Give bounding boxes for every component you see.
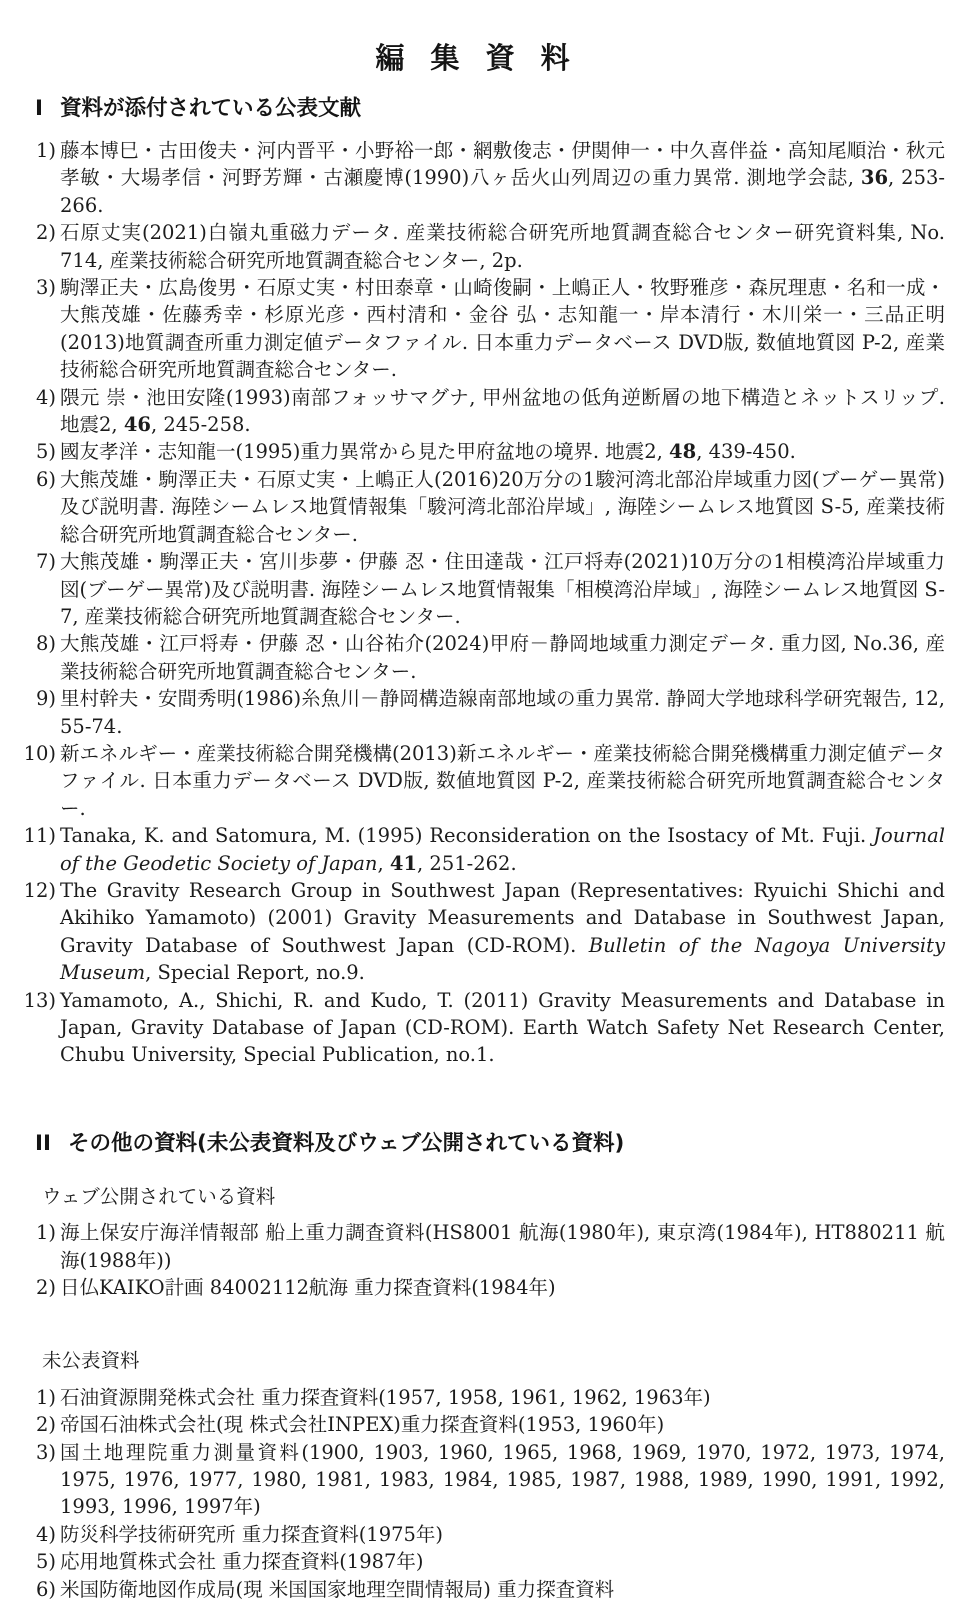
reference-item: 2)帝国石油株式会社(現 株式会社INPEX)重力探査資料(1953, 1960… — [8, 1411, 945, 1438]
reference-segment: , 251-262. — [417, 852, 517, 875]
reference-segment: 帝国石油株式会社(現 株式会社INPEX)重力探査資料(1953, 1960年) — [60, 1413, 664, 1436]
section-numeral: II — [35, 1129, 51, 1159]
reference-item: 1)石油資源開発株式会社 重力探査資料(1957, 1958, 1961, 19… — [8, 1384, 945, 1411]
reference-item: 12)The Gravity Research Group in Southwe… — [8, 877, 945, 987]
reference-segment: 石原丈実(2021)白嶺丸重磁力データ. 産業技術総合研究所地質調査総合センター… — [60, 221, 945, 271]
reference-item: 4)隈元 崇・池田安隆(1993)南部フォッサマグナ, 甲州盆地の低角逆断層の地… — [8, 384, 945, 439]
reference-number: 6) — [8, 466, 60, 493]
reference-segment: 海上保安庁海洋情報部 船上重力調査資料(HS8001 航海(1980年), 東京… — [60, 1221, 945, 1271]
reference-text: 隈元 崇・池田安隆(1993)南部フォッサマグナ, 甲州盆地の低角逆断層の地下構… — [60, 384, 945, 439]
subsection-web-published: ウェブ公開されている資料 1)海上保安庁海洋情報部 船上重力調査資料(HS800… — [8, 1183, 945, 1302]
page-title: 編 集 資 料 — [8, 38, 945, 78]
reference-text: 国土地理院重力測量資料(1900, 1903, 1960, 1965, 1968… — [60, 1439, 945, 1521]
reference-segment: , 439-450. — [696, 440, 796, 463]
reference-segment: , 245-258. — [151, 413, 251, 436]
reference-text: 駒澤正夫・広島俊男・石原丈実・村田泰章・山崎俊嗣・上嶋正人・牧野雅彦・森尻理恵・… — [60, 274, 945, 384]
reference-item: 2)石原丈実(2021)白嶺丸重磁力データ. 産業技術総合研究所地質調査総合セン… — [8, 219, 945, 274]
reference-number: 2) — [8, 219, 60, 246]
reference-segment: 大熊茂雄・駒澤正夫・宮川歩夢・伊藤 忍・住田達哉・江戸将寿(2021)10万分の… — [60, 550, 945, 628]
section-heading-text: 資料が添付されている公表文献 — [60, 94, 945, 124]
section-other-materials: II その他の資料(未公表資料及びウェブ公開されている資料) ウェブ公開されてい… — [8, 1129, 945, 1603]
reference-segment: , — [377, 852, 389, 875]
subsection-title: ウェブ公開されている資料 — [42, 1183, 945, 1210]
reference-segment: 日仏KAIKO計画 84002112航海 重力探査資料(1984年) — [60, 1276, 556, 1299]
reference-item: 3)駒澤正夫・広島俊男・石原丈実・村田泰章・山崎俊嗣・上嶋正人・牧野雅彦・森尻理… — [8, 274, 945, 384]
reference-number: 9) — [8, 685, 60, 712]
reference-number: 1) — [8, 1384, 60, 1411]
reference-text: 日仏KAIKO計画 84002112航海 重力探査資料(1984年) — [60, 1274, 945, 1301]
document-page: 編 集 資 料 I 資料が添付されている公表文献 1)藤本博巳・古田俊夫・河内晋… — [0, 0, 976, 1623]
reference-item: 6)米国防衛地図作成局(現 米国国家地理空間情報局) 重力探査資料 — [8, 1576, 945, 1603]
reference-number: 4) — [8, 1521, 60, 1548]
reference-text: 石原丈実(2021)白嶺丸重磁力データ. 産業技術総合研究所地質調査総合センター… — [60, 219, 945, 274]
published-reference-list: 1)藤本博巳・古田俊夫・河内晋平・小野裕一郎・網敷俊志・伊関伸一・中久喜伴益・高… — [8, 137, 945, 1069]
section-heading-text: その他の資料(未公表資料及びウェブ公開されている資料) — [68, 1129, 945, 1159]
reference-segment: 国土地理院重力測量資料(1900, 1903, 1960, 1965, 1968… — [60, 1441, 945, 1519]
reference-text: 國友孝洋・志知龍一(1995)重力異常から見た甲府盆地の境界. 地震2, 48,… — [60, 438, 945, 465]
reference-segment: Tanaka, K. and Satomura, M. (1995) Recon… — [60, 824, 873, 847]
reference-segment: 國友孝洋・志知龍一(1995)重力異常から見た甲府盆地の境界. 地震2, — [60, 440, 669, 463]
reference-segment: 48 — [669, 440, 696, 463]
reference-item: 3)国土地理院重力測量資料(1900, 1903, 1960, 1965, 19… — [8, 1439, 945, 1521]
reference-segment: 応用地質株式会社 重力探査資料(1987年) — [60, 1550, 424, 1573]
reference-item: 5)応用地質株式会社 重力探査資料(1987年) — [8, 1548, 945, 1575]
reference-item: 6)大熊茂雄・駒澤正夫・石原丈実・上嶋正人(2016)20万分の1駿河湾北部沿岸… — [8, 466, 945, 548]
reference-text: 新エネルギー・産業技術総合開発機構(2013)新エネルギー・産業技術総合開発機構… — [60, 740, 945, 822]
reference-number: 3) — [8, 274, 60, 301]
reference-number: 3) — [8, 1439, 60, 1466]
section-numeral: I — [35, 94, 43, 124]
web-material-list: 1)海上保安庁海洋情報部 船上重力調査資料(HS8001 航海(1980年), … — [8, 1219, 945, 1301]
reference-text: 帝国石油株式会社(現 株式会社INPEX)重力探査資料(1953, 1960年) — [60, 1411, 945, 1438]
reference-text: 防災科学技術研究所 重力探査資料(1975年) — [60, 1521, 945, 1548]
reference-item: 7)大熊茂雄・駒澤正夫・宮川歩夢・伊藤 忍・住田達哉・江戸将寿(2021)10万… — [8, 548, 945, 630]
reference-text: 米国防衛地図作成局(現 米国国家地理空間情報局) 重力探査資料 — [60, 1576, 945, 1603]
reference-number: 1) — [8, 1219, 60, 1246]
reference-item: 9)里村幹夫・安間秀明(1986)糸魚川－静岡構造線南部地域の重力異常. 静岡大… — [8, 685, 945, 740]
reference-segment: 防災科学技術研究所 重力探査資料(1975年) — [60, 1523, 443, 1546]
reference-number: 1) — [8, 137, 60, 164]
section-other-heading: II その他の資料(未公表資料及びウェブ公開されている資料) — [35, 1129, 945, 1159]
unpublished-material-list: 1)石油資源開発株式会社 重力探査資料(1957, 1958, 1961, 19… — [8, 1384, 945, 1603]
reference-segment: 36 — [861, 166, 888, 189]
reference-segment: 大熊茂雄・江戸将寿・伊藤 忍・山谷祐介(2024)甲府－静岡地域重力測定データ.… — [60, 632, 945, 682]
reference-number: 8) — [8, 630, 60, 657]
reference-text: 藤本博巳・古田俊夫・河内晋平・小野裕一郎・網敷俊志・伊関伸一・中久喜伴益・高知尾… — [60, 137, 945, 219]
reference-text: 石油資源開発株式会社 重力探査資料(1957, 1958, 1961, 1962… — [60, 1384, 945, 1411]
reference-number: 10) — [8, 740, 60, 767]
reference-segment: 藤本博巳・古田俊夫・河内晋平・小野裕一郎・網敷俊志・伊関伸一・中久喜伴益・高知尾… — [60, 139, 945, 189]
reference-text: 大熊茂雄・江戸将寿・伊藤 忍・山谷祐介(2024)甲府－静岡地域重力測定データ.… — [60, 630, 945, 685]
reference-text: Yamamoto, A., Shichi, R. and Kudo, T. (2… — [60, 987, 945, 1069]
reference-number: 12) — [8, 877, 60, 904]
reference-segment: 駒澤正夫・広島俊男・石原丈実・村田泰章・山崎俊嗣・上嶋正人・牧野雅彦・森尻理恵・… — [60, 276, 945, 381]
reference-item: 4)防災科学技術研究所 重力探査資料(1975年) — [8, 1521, 945, 1548]
reference-number: 11) — [8, 822, 60, 849]
reference-text: 応用地質株式会社 重力探査資料(1987年) — [60, 1548, 945, 1575]
reference-item: 11)Tanaka, K. and Satomura, M. (1995) Re… — [8, 822, 945, 877]
reference-item: 13)Yamamoto, A., Shichi, R. and Kudo, T.… — [8, 987, 945, 1069]
reference-item: 10)新エネルギー・産業技術総合開発機構(2013)新エネルギー・産業技術総合開… — [8, 740, 945, 822]
reference-segment: 新エネルギー・産業技術総合開発機構(2013)新エネルギー・産業技術総合開発機構… — [60, 742, 945, 820]
reference-segment: , Special Report, no.9. — [145, 961, 365, 984]
reference-number: 13) — [8, 987, 60, 1014]
reference-number: 4) — [8, 384, 60, 411]
reference-text: The Gravity Research Group in Southwest … — [60, 877, 945, 987]
reference-text: 里村幹夫・安間秀明(1986)糸魚川－静岡構造線南部地域の重力異常. 静岡大学地… — [60, 685, 945, 740]
reference-number: 6) — [8, 1576, 60, 1603]
reference-segment: 里村幹夫・安間秀明(1986)糸魚川－静岡構造線南部地域の重力異常. 静岡大学地… — [60, 687, 945, 737]
reference-segment: Yamamoto, A., Shichi, R. and Kudo, T. (2… — [60, 989, 945, 1067]
reference-number: 5) — [8, 438, 60, 465]
section-published-references: I 資料が添付されている公表文献 1)藤本博巳・古田俊夫・河内晋平・小野裕一郎・… — [8, 94, 945, 1069]
reference-text: 大熊茂雄・駒澤正夫・石原丈実・上嶋正人(2016)20万分の1駿河湾北部沿岸域重… — [60, 466, 945, 548]
reference-text: Tanaka, K. and Satomura, M. (1995) Recon… — [60, 822, 945, 877]
reference-item: 1)海上保安庁海洋情報部 船上重力調査資料(HS8001 航海(1980年), … — [8, 1219, 945, 1274]
reference-number: 5) — [8, 1548, 60, 1575]
reference-number: 7) — [8, 548, 60, 575]
reference-segment: 石油資源開発株式会社 重力探査資料(1957, 1958, 1961, 1962… — [60, 1386, 711, 1409]
reference-item: 2)日仏KAIKO計画 84002112航海 重力探査資料(1984年) — [8, 1274, 945, 1301]
reference-text: 大熊茂雄・駒澤正夫・宮川歩夢・伊藤 忍・住田達哉・江戸将寿(2021)10万分の… — [60, 548, 945, 630]
reference-text: 海上保安庁海洋情報部 船上重力調査資料(HS8001 航海(1980年), 東京… — [60, 1219, 945, 1274]
reference-item: 5)國友孝洋・志知龍一(1995)重力異常から見た甲府盆地の境界. 地震2, 4… — [8, 438, 945, 465]
subsection-title: 未公表資料 — [42, 1347, 945, 1374]
reference-number: 2) — [8, 1274, 60, 1301]
subsection-unpublished: 未公表資料 1)石油資源開発株式会社 重力探査資料(1957, 1958, 19… — [8, 1347, 945, 1603]
reference-number: 2) — [8, 1411, 60, 1438]
reference-segment: 米国防衛地図作成局(現 米国国家地理空間情報局) 重力探査資料 — [60, 1578, 614, 1601]
reference-segment: 41 — [390, 852, 417, 875]
reference-segment: 46 — [124, 413, 151, 436]
section-published-heading: I 資料が添付されている公表文献 — [35, 94, 945, 124]
reference-item: 8)大熊茂雄・江戸将寿・伊藤 忍・山谷祐介(2024)甲府－静岡地域重力測定デー… — [8, 630, 945, 685]
reference-segment: 大熊茂雄・駒澤正夫・石原丈実・上嶋正人(2016)20万分の1駿河湾北部沿岸域重… — [60, 468, 945, 546]
reference-item: 1)藤本博巳・古田俊夫・河内晋平・小野裕一郎・網敷俊志・伊関伸一・中久喜伴益・高… — [8, 137, 945, 219]
